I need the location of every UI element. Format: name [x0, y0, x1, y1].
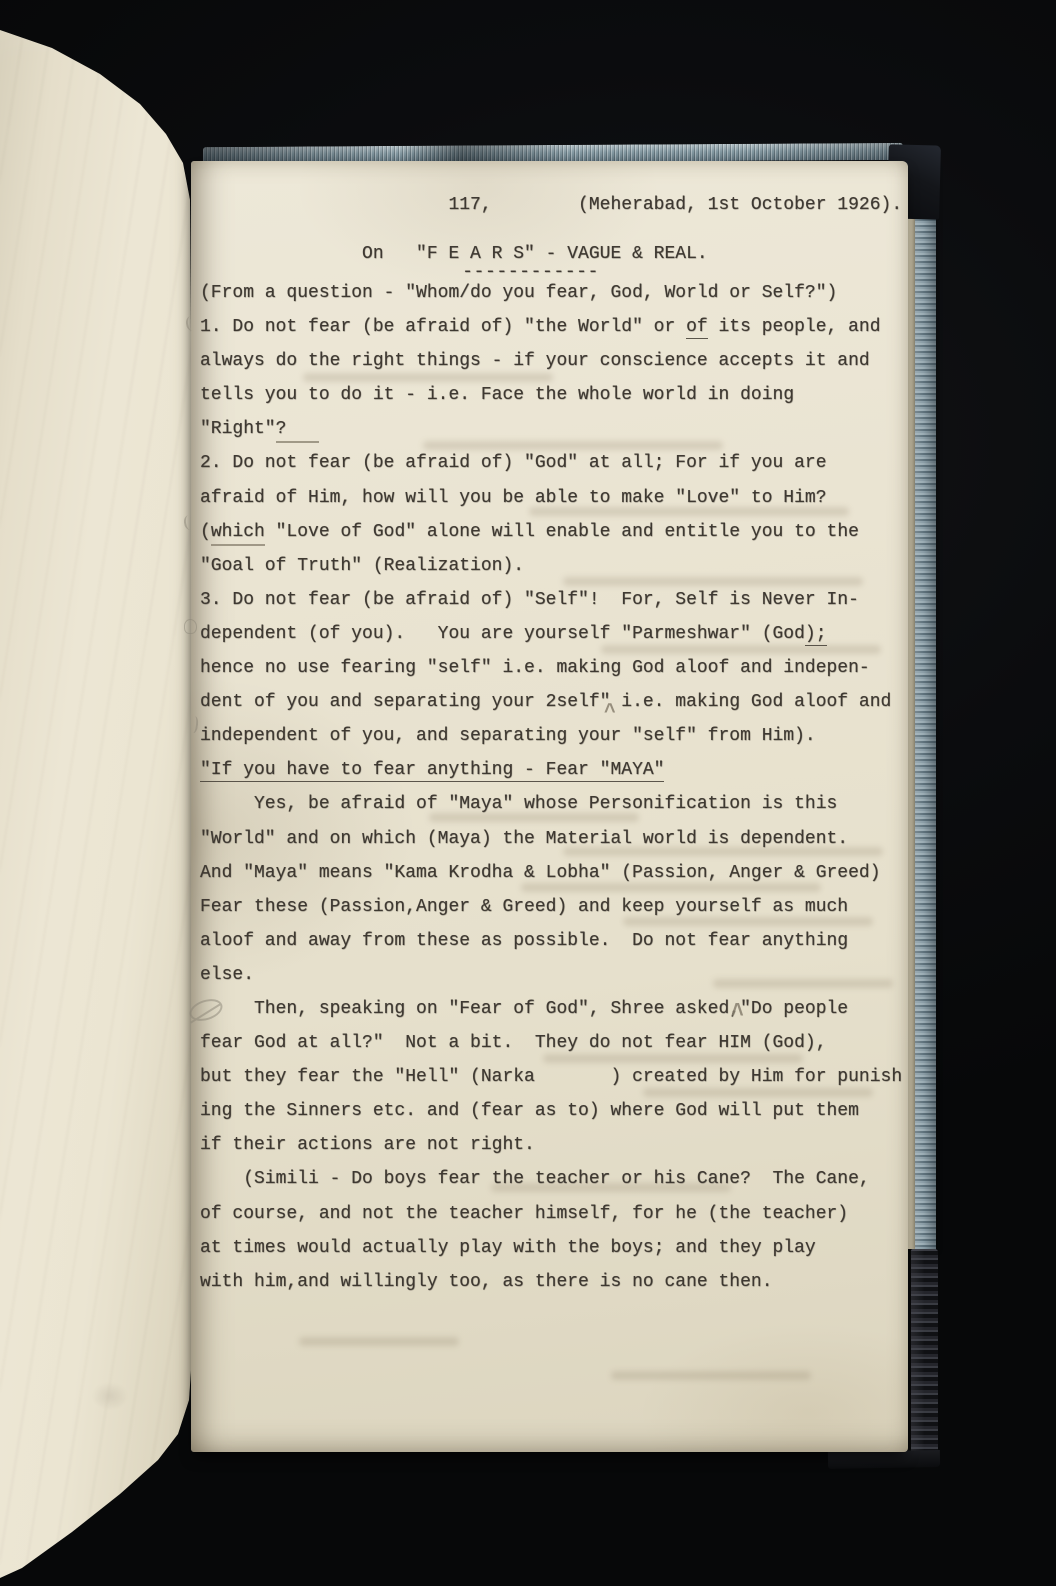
typewritten-line: with him,and willingly too, as there is … — [200, 1265, 960, 1299]
typewritten-line: 3. Do not fear (be afraid of) "Self"! Fo… — [200, 583, 960, 617]
ink-bleedthrough — [299, 1337, 459, 1346]
photo-background: 117, (Meherabad, 1st October 1926). On "… — [0, 0, 1056, 1586]
body-lines: (From a question - "Whom/do you fear, Go… — [200, 276, 960, 1299]
typewritten-line: "Goal of Truth" (Realization). — [200, 549, 960, 583]
typewritten-line: "World" and on which (Maya) the Material… — [200, 822, 960, 856]
typewritten-line: Fear these (Passion,Anger & Greed) and k… — [200, 890, 960, 924]
typewritten-line: hence no use fearing "self" i.e. making … — [200, 651, 960, 685]
header-line: 117, (Meherabad, 1st October 1926). — [200, 188, 902, 222]
typewritten-line: Then, speaking on "Fear of God", Shree a… — [200, 992, 960, 1026]
typewritten-line: dependent (of you). You are yourself "Pa… — [200, 617, 960, 651]
typewritten-line: 1. Do not fear (be afraid of) "the World… — [200, 310, 960, 344]
cover-bottom-edge — [828, 1450, 940, 1469]
typewritten-line: always do the right things - if your con… — [200, 344, 960, 378]
typewritten-line: (which "Love of God" alone will enable a… — [200, 515, 960, 549]
typewritten-line: independent of you, and separating your … — [200, 719, 960, 753]
typewritten-line: "If you have to fear anything - Fear "MA… — [200, 753, 960, 787]
typewritten-line: dent of you and separating your 2self"^ … — [200, 685, 960, 719]
typewritten-line: of course, and not the teacher himself, … — [200, 1197, 960, 1231]
left-page-stack — [0, 0, 200, 1586]
typewritten-line: "Right"? — [200, 412, 960, 446]
typewritten-line: And "Maya" means "Kama Krodha & Lobha" (… — [200, 856, 960, 890]
typewritten-line: afraid of Him, how will you be able to m… — [200, 481, 960, 515]
typewritten-line: 2. Do not fear (be afraid of) "God" at a… — [200, 446, 960, 480]
typewritten-line: but they fear the "Hell" (Narka ) create… — [200, 1060, 960, 1094]
ink-bleedthrough — [611, 1371, 811, 1380]
typewritten-line: (From a question - "Whom/do you fear, Go… — [200, 276, 960, 310]
typewritten-line: aloof and away from these as possible. D… — [200, 924, 960, 958]
typewritten-line: (Simili - Do boys fear the teacher or hi… — [200, 1162, 960, 1196]
typewritten-line: ing the Sinners etc. and (fear as to) wh… — [200, 1094, 960, 1128]
left-stack-bleedthrough — [0, 0, 200, 1586]
typewritten-line: else. — [200, 958, 960, 992]
typewritten-line: at times would actually play with the bo… — [200, 1231, 960, 1265]
typewritten-line: Yes, be afraid of "Maya" whose Personifi… — [200, 787, 960, 821]
typewritten-line: if their actions are not right. — [200, 1128, 960, 1162]
typewritten-line: tells you to do it - i.e. Face the whole… — [200, 378, 960, 412]
manuscript-page: 117, (Meherabad, 1st October 1926). On "… — [191, 161, 908, 1452]
typewritten-line: fear God at all?" Not a bit. They do not… — [200, 1026, 960, 1060]
